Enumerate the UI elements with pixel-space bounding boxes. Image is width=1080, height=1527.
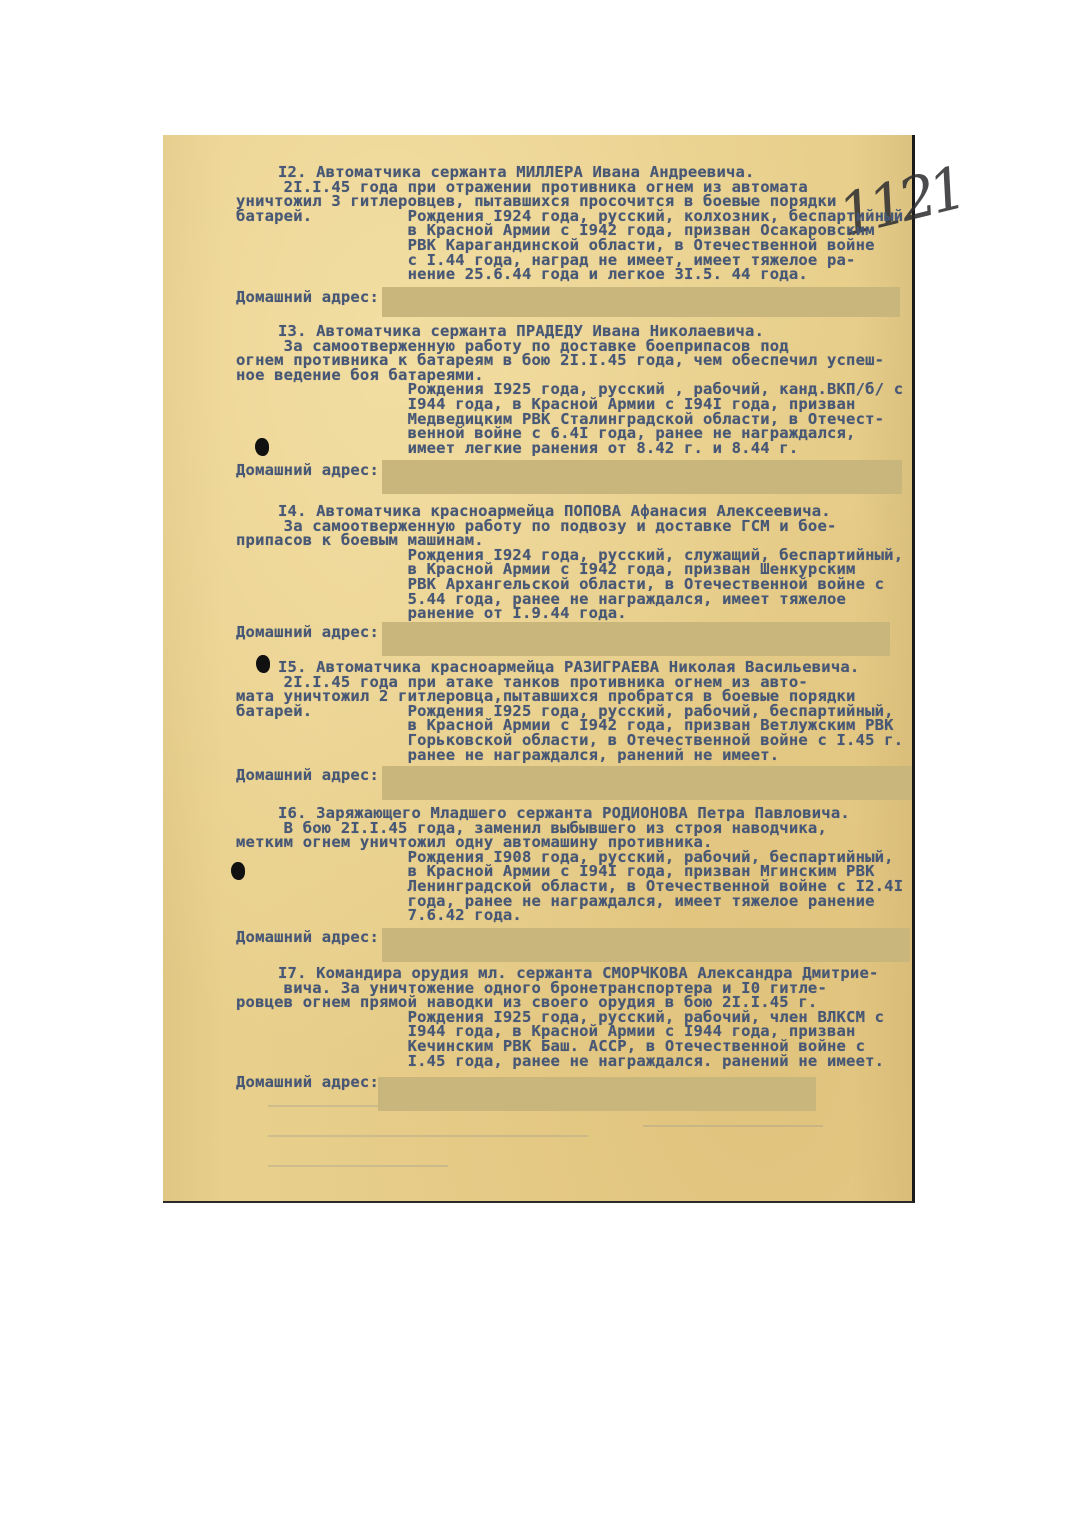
- redacted-address-box: [382, 766, 912, 800]
- redacted-address-box: [378, 1077, 816, 1111]
- home-address-label: Домашний адрес:: [236, 625, 379, 640]
- home-address-label: Домашний адрес: -: [236, 768, 398, 783]
- redacted-address-box: [382, 287, 900, 317]
- home-address-label: Домашний адрес:: [236, 930, 379, 945]
- redacted-address-box: [382, 928, 910, 962]
- entry-text-line: I.45 года, ранее не награждался. ранений…: [236, 1054, 884, 1069]
- redacted-address-box: [382, 460, 902, 494]
- home-address-label: Домашний адрес:: [236, 1075, 379, 1090]
- bleed-through-line: [643, 1125, 823, 1127]
- entry-text-line: ранее не награждался, ранений не имеет.: [236, 748, 779, 763]
- home-address-label: Домашний адрес:: [236, 290, 379, 305]
- bleed-through-line: [268, 1165, 448, 1167]
- entry-text-line: 7.6.42 года.: [236, 908, 522, 923]
- home-address-label: Домашний адрес:: [236, 463, 379, 478]
- ink-blot: [256, 655, 270, 673]
- entry-text-line: ранение от I.9.44 года.: [236, 606, 627, 621]
- bleed-through-line: [268, 1135, 588, 1137]
- redacted-address-box: [382, 622, 890, 656]
- entry-text-line: нение 25.6.44 года и легкое 3I.5. 44 год…: [236, 267, 808, 282]
- entry-text-line: имеет легкие ранения от 8.42 г. и 8.44 г…: [236, 441, 798, 456]
